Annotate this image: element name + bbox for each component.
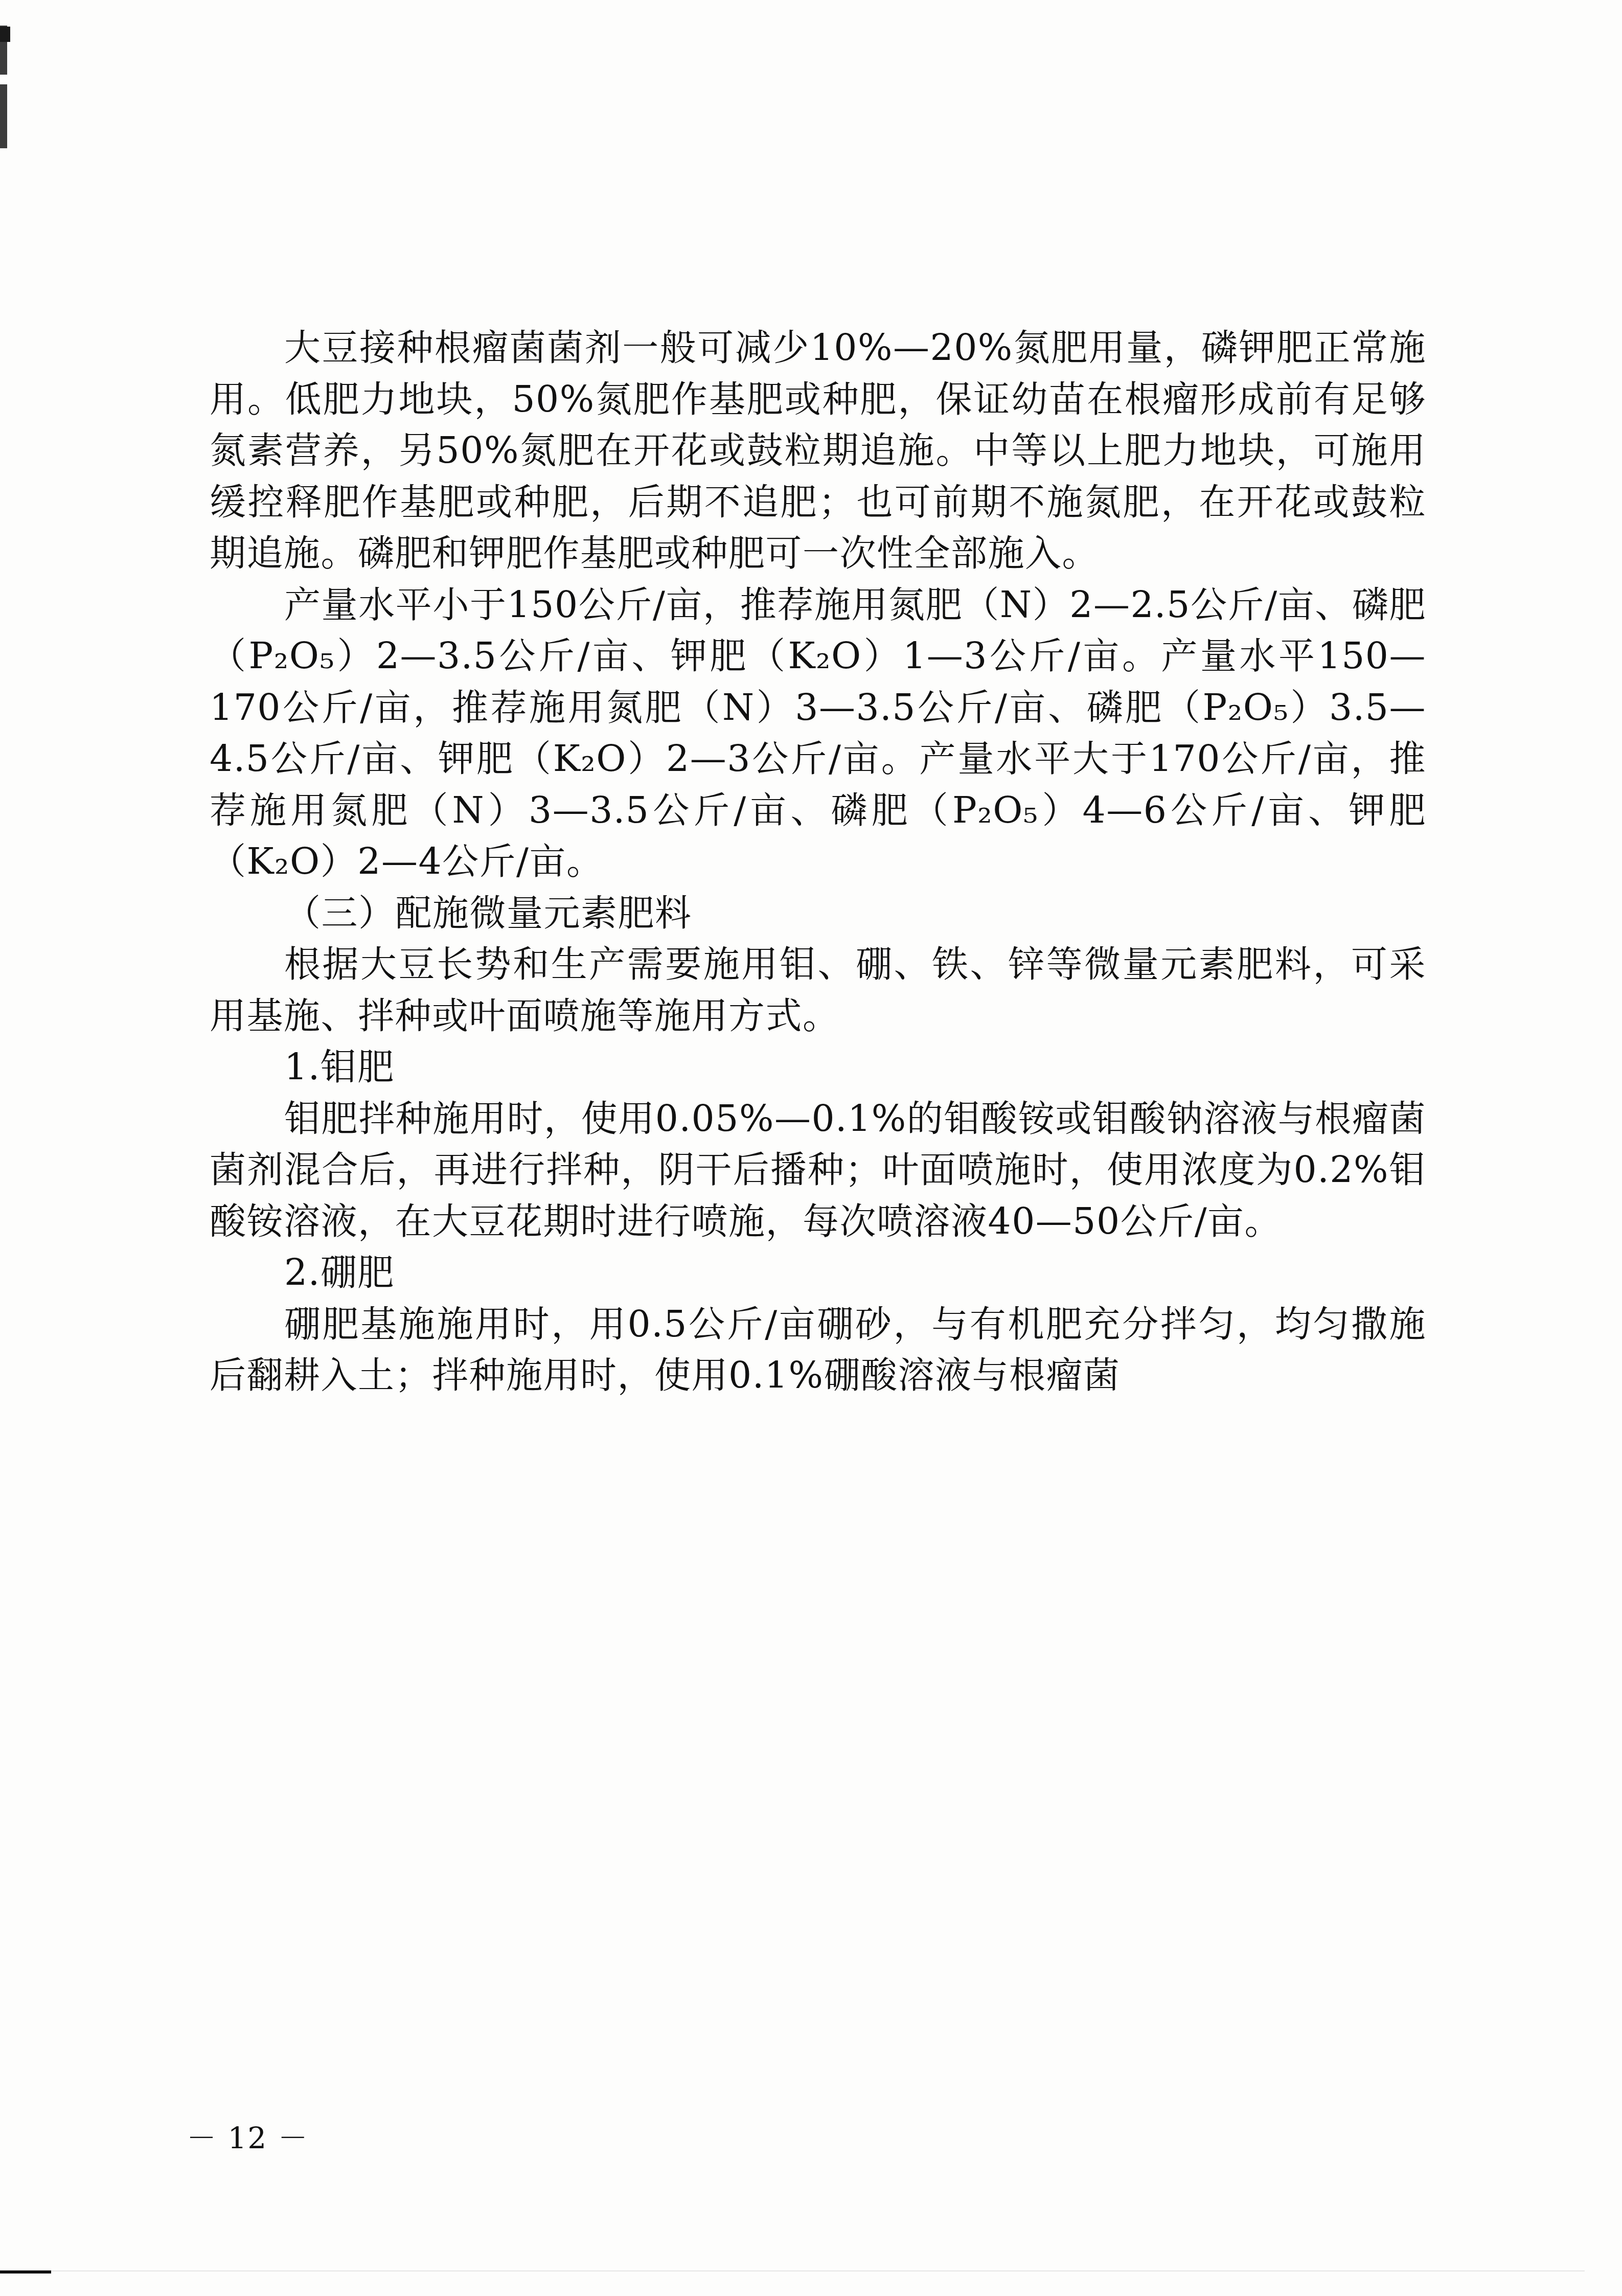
scan-edge-line (0, 2270, 51, 2274)
paragraph-nitrogen-inoculation: 大豆接种根瘤菌菌剂一般可减少10%—20%氮肥用量，磷钾肥正常施用。低肥力地块，… (210, 322, 1426, 579)
scan-edge-faint (51, 2270, 1585, 2271)
paragraph-micronutrient-intro: 根据大豆长势和生产需要施用钼、硼、铁、锌等微量元素肥料，可采用基施、拌种或叶面喷… (210, 939, 1426, 1041)
binding-edge (0, 26, 7, 148)
paragraph-yield-recommendations: 产量水平小于150公斤/亩，推荐施用氮肥（N）2—2.5公斤/亩、磷肥（P₂O₅… (210, 579, 1426, 888)
page-number: － 12 － (187, 2114, 309, 2157)
document-page: 大豆接种根瘤菌菌剂一般可减少10%—20%氮肥用量，磷钾肥正常施用。低肥力地块，… (0, 0, 1622, 2296)
document-body: 大豆接种根瘤菌菌剂一般可减少10%—20%氮肥用量，磷钾肥正常施用。低肥力地块，… (210, 322, 1426, 1401)
section-heading-micronutrients: （三）配施微量元素肥料 (210, 888, 1426, 939)
paragraph-boron: 硼肥基施施用时，用0.5公斤/亩硼砂，与有机肥充分拌匀，均匀撒施后翻耕入土；拌种… (210, 1299, 1426, 1401)
subheading-molybdenum: 1.钼肥 (210, 1041, 1426, 1093)
subheading-boron: 2.硼肥 (210, 1247, 1426, 1299)
paragraph-molybdenum: 钼肥拌种施用时，使用0.05%—0.1%的钼酸铵或钼酸钠溶液与根瘤菌菌剂混合后，… (210, 1093, 1426, 1247)
